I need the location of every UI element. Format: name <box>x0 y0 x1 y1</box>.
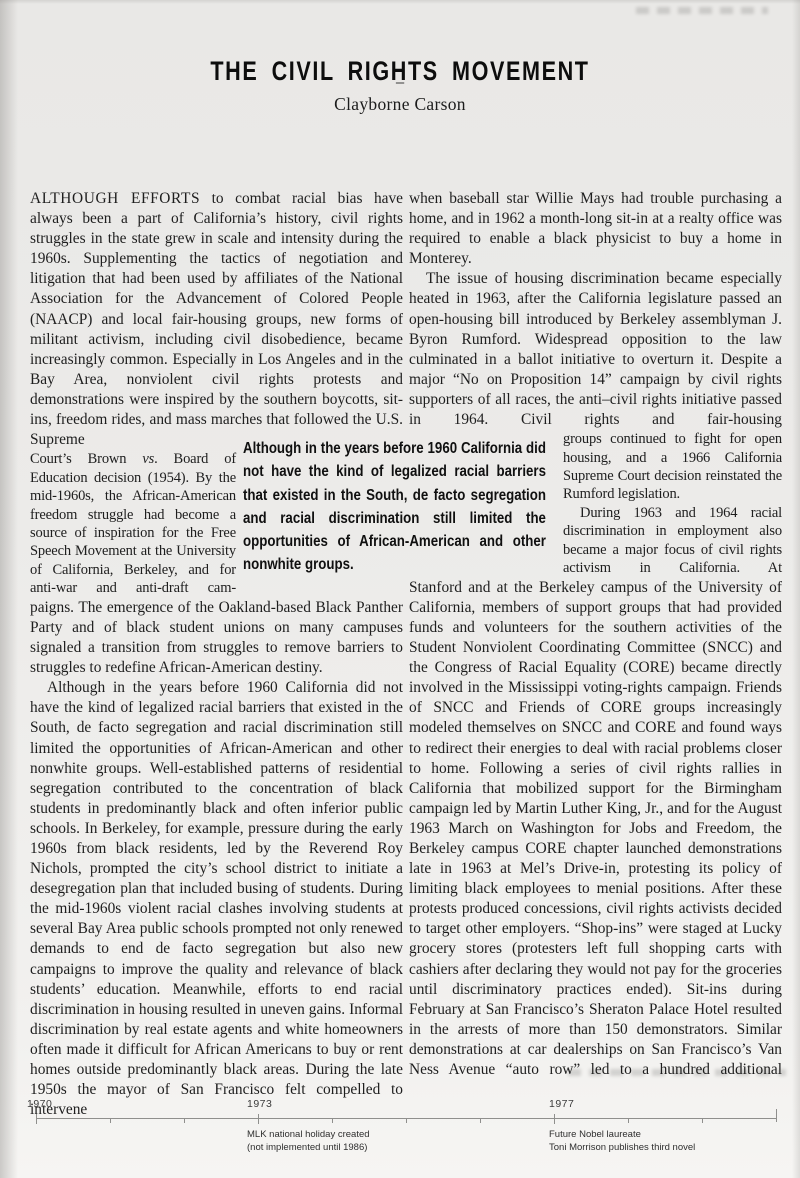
page-edge-shadow-top <box>0 0 800 4</box>
timeline-year-1970: 1970 <box>27 1098 52 1110</box>
paragraph: groups continued to fight for open housi… <box>563 430 782 504</box>
paragraph-text: . Board of Education decision (1954). By… <box>30 451 236 596</box>
page-edge-shadow-right <box>792 0 800 1178</box>
timeline-event-line: Toni Morrison publishes third novel <box>549 1142 695 1155</box>
article-left-column: ALTHOUGH EFFORTS to combat racial bias h… <box>30 189 403 1120</box>
timeline-event-line: MLK national holiday created <box>247 1129 370 1142</box>
paragraph: when baseball star Willie Mays had troub… <box>409 189 782 269</box>
timeline-event-line: (not implemented until 1986) <box>247 1142 370 1155</box>
timeline-tick <box>554 1114 555 1124</box>
timeline-tick <box>702 1118 703 1123</box>
right-wrap-segment: groups continued to fight for open housi… <box>563 430 782 578</box>
timeline-axis <box>36 1118 776 1119</box>
title-separator: – <box>0 74 800 91</box>
italic-vs: vs <box>142 451 154 467</box>
article-right-column: when baseball star Willie Mays had troub… <box>409 189 782 1080</box>
lead-in-caps: ALTHOUGH EFFORTS <box>30 190 200 207</box>
timeline-event-line: Future Nobel laureate <box>549 1129 695 1142</box>
timeline-year-1973: 1973 <box>247 1098 272 1110</box>
paragraph-text: Court’s Brown <box>30 451 142 467</box>
timeline-tick <box>258 1114 259 1124</box>
author-byline: Clayborne Carson <box>0 94 800 115</box>
timeline-tick <box>36 1114 37 1124</box>
paragraph-text: to combat racial bias have always been a… <box>30 190 403 448</box>
timeline-tick <box>110 1118 111 1123</box>
paragraph: ALTHOUGH EFFORTS to combat racial bias h… <box>30 189 403 450</box>
timeline-event-mlk-holiday: MLK national holiday created (not implem… <box>247 1129 370 1154</box>
paragraph: The issue of housing discrimination beca… <box>409 269 782 430</box>
paragraph: paigns. The emergence of the Oakland-bas… <box>30 598 403 678</box>
timeline-tick <box>776 1109 777 1122</box>
timeline-tick <box>480 1118 481 1123</box>
paragraph: Court’s Brown vs. Board of Education dec… <box>30 450 236 598</box>
scanned-book-page: THE CIVIL RIGHTS MOVEMENT – Clayborne Ca… <box>0 0 800 1178</box>
timeline-tick <box>332 1118 333 1123</box>
timeline-tick <box>628 1118 629 1123</box>
paragraph: During 1963 and 1964 racial discriminati… <box>563 504 782 578</box>
timeline-tick <box>406 1118 407 1123</box>
timeline-tick <box>184 1118 185 1123</box>
paragraph: Although in the years before 1960 Califo… <box>30 678 403 1120</box>
page-edge-shadow-left <box>0 0 18 1178</box>
bleed-through-text-top <box>636 7 768 14</box>
paragraph: Stanford and at the Berkeley campus of t… <box>409 578 782 1080</box>
timeline-event-toni-morrison: Future Nobel laureate Toni Morrison publ… <box>549 1129 695 1154</box>
timeline-year-1977: 1977 <box>549 1098 574 1110</box>
left-wrap-segment: Court’s Brown vs. Board of Education dec… <box>30 450 236 598</box>
